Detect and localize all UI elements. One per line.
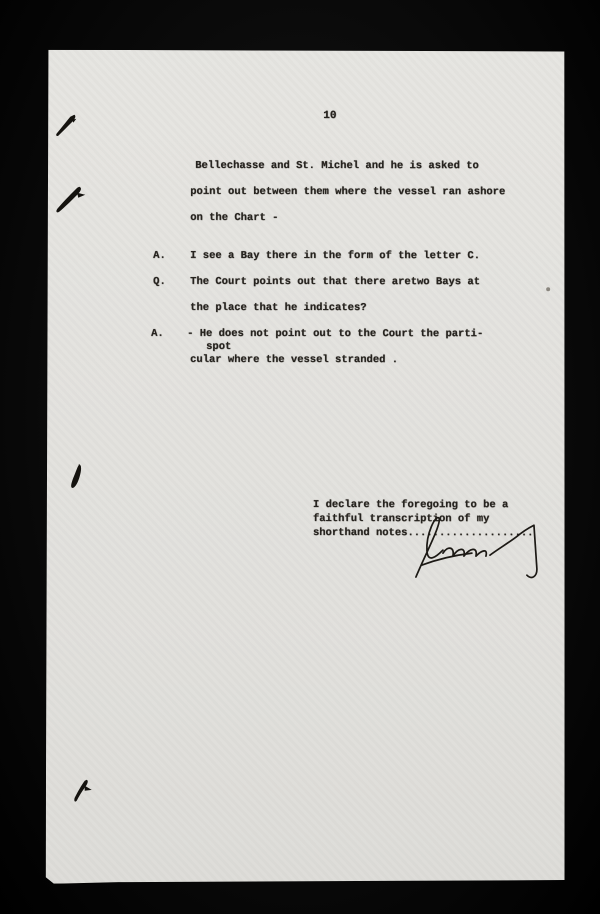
ink-check-mark-icon (73, 778, 95, 804)
scanned-document-screenshot: { "document": { "page_number": "10", "pa… (0, 0, 600, 914)
ink-check-mark-icon (55, 185, 87, 215)
answer-text: I see a Bay there in the form of the let… (190, 250, 480, 262)
scan-speck (546, 287, 550, 291)
question-text: the place that he indicates? (190, 302, 366, 314)
question-text: The Court points out that there aretwo B… (190, 276, 480, 288)
document-page: 10 Bellechasse and St. Michel and he is … (46, 50, 566, 884)
ink-check-mark-icon (55, 113, 79, 139)
paragraph-line: point out between them where the vessel … (190, 186, 505, 198)
paragraph-line: on the Chart - (190, 212, 278, 224)
paragraph-line: Bellechasse and St. Michel and he is ask… (195, 160, 479, 172)
answer-text: cular where the vessel stranded . (190, 354, 398, 366)
page-number: 10 (323, 110, 336, 122)
question-speaker-label: Q. (153, 276, 166, 288)
answer-inserted-word: spot (206, 341, 231, 353)
ink-blot-icon (68, 463, 86, 491)
answer-speaker-label: A. (151, 328, 164, 340)
signature-scribble (386, 505, 566, 635)
answer-text: - He does not point out to the Court the… (187, 328, 483, 340)
answer-speaker-label: A. (153, 250, 166, 262)
